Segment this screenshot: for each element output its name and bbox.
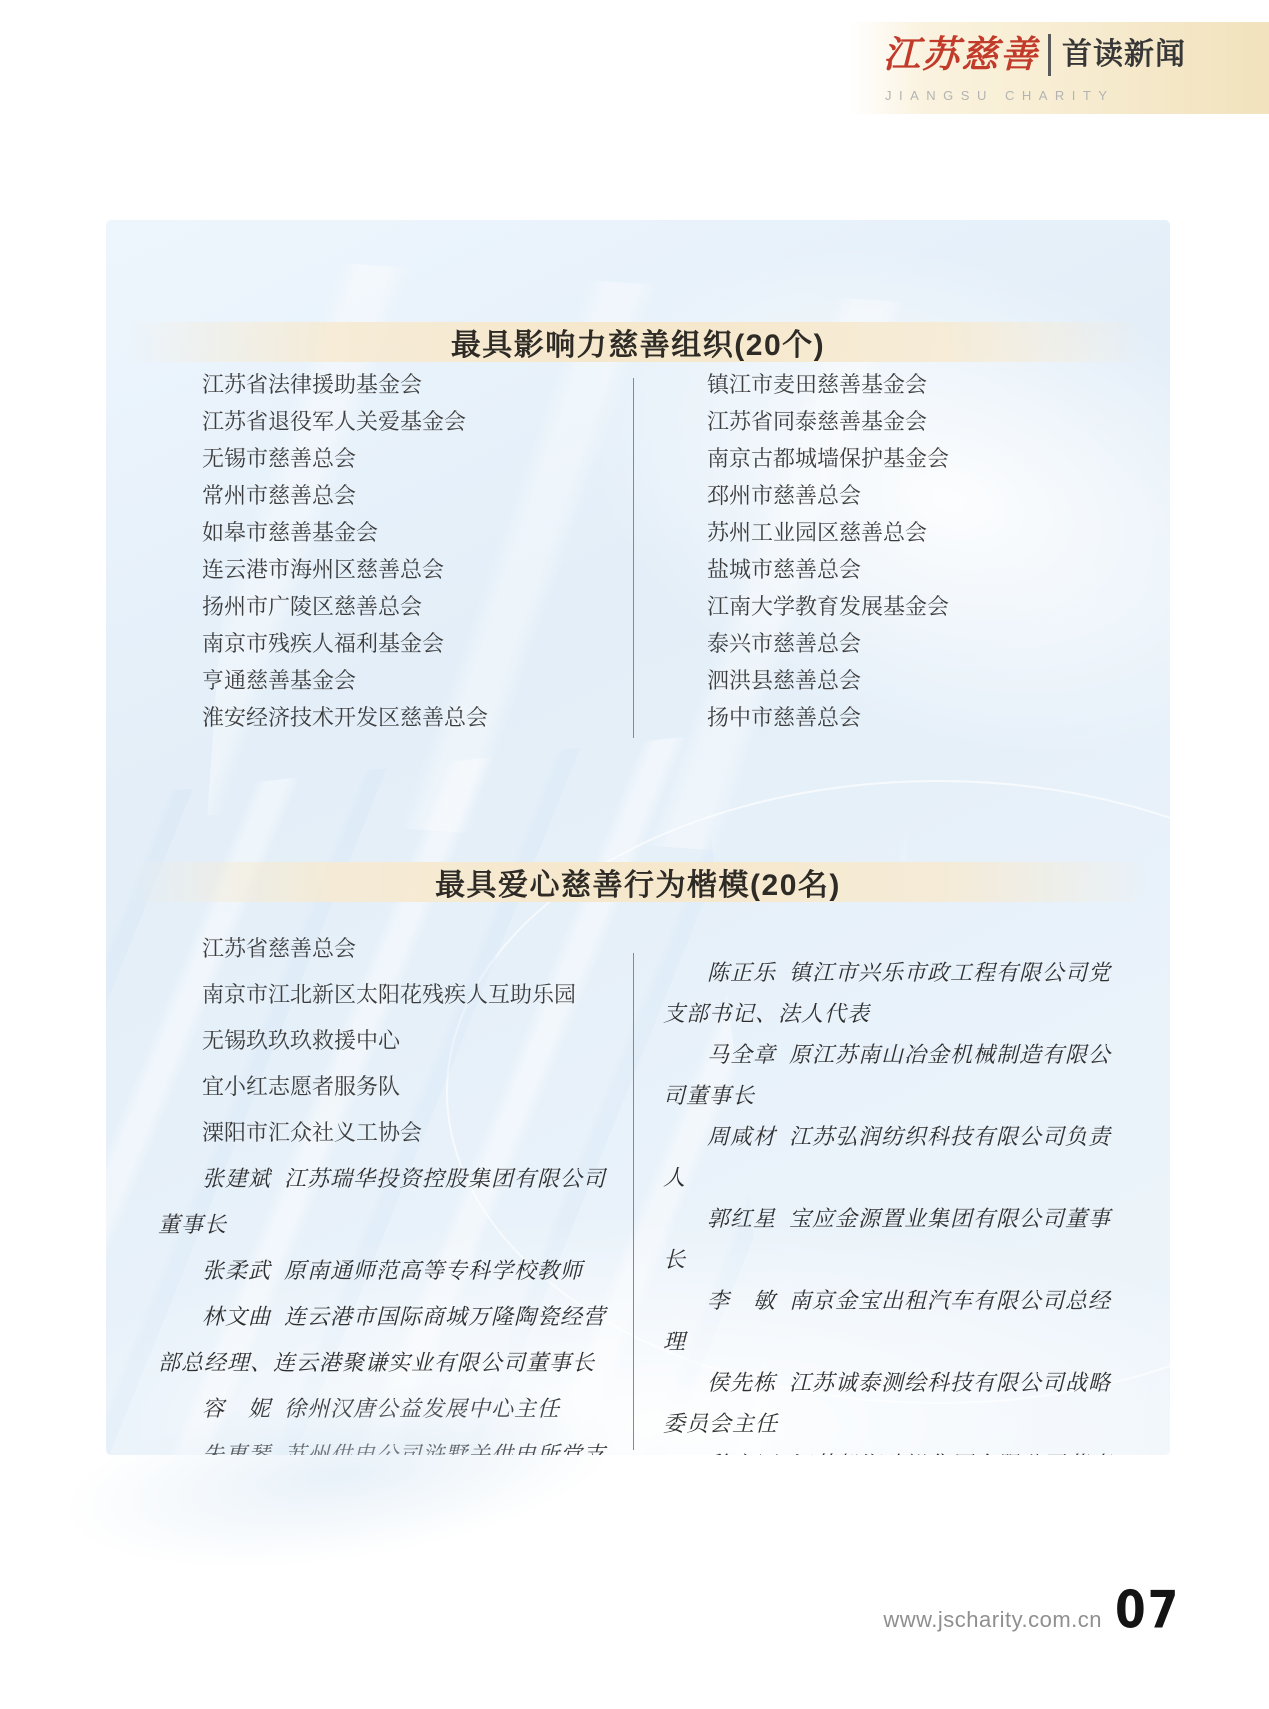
list-item: 镇江市麦田慈善基金会 (663, 366, 1133, 403)
list-item: 周咸材江苏弘润纺织科技有限公司负责人 (663, 1116, 1113, 1198)
section2-title-bar: 最具爱心慈善行为楷模(20名) (126, 862, 1150, 902)
person-name: 容 妮 (202, 1396, 271, 1421)
list-item: 朱惠琴苏州供电公司浒墅关供电所党支部书记 (158, 1432, 613, 1455)
list-item: 溧阳市汇众社义工协会 (158, 1110, 613, 1156)
person-name: 周咸材 (707, 1124, 776, 1149)
column-divider (633, 378, 634, 738)
person-name: 马全章 (707, 1042, 776, 1067)
magazine-page: 江苏慈善 首读新闻 JIANGSU CHARITY 最具影响力慈善组织(20个)… (0, 0, 1269, 1709)
list-item: 南京古都城墙保护基金会 (663, 440, 1133, 477)
brand-divider (1048, 34, 1051, 76)
list-item: 泗洪县慈善总会 (663, 662, 1133, 699)
list-item: 郭红星宝应金源置业集团有限公司董事长 (663, 1198, 1113, 1280)
list-item: 南京市江北新区太阳花残疾人互助乐园 (158, 972, 613, 1018)
list-item: 无锡玖玖玖救援中心 (158, 1018, 613, 1064)
column-divider (633, 953, 634, 1450)
brand-logo-cn: 江苏慈善 (883, 37, 1039, 74)
list-item: 亨通慈善基金会 (158, 662, 628, 699)
person-name: 郭红星 (707, 1206, 776, 1231)
footer-website: www.jscharity.com.cn (883, 1607, 1102, 1633)
page-number: 07 (1115, 1580, 1180, 1640)
list-item: 如皋市慈善基金会 (158, 514, 628, 551)
list-item: 马全章原江苏南山冶金机械制造有限公司董事长 (663, 1034, 1113, 1116)
person-name: 陈正乐 (707, 960, 776, 985)
list-item: 侯先栋江苏诚泰测绘科技有限公司战略委员会主任 (663, 1362, 1113, 1444)
person-name: 林文曲 (202, 1304, 271, 1329)
person-name: 张柔武 (202, 1258, 271, 1283)
list-item: 江南大学教育发展基金会 (663, 588, 1133, 625)
list-item: 江苏省法律援助基金会 (158, 366, 628, 403)
list-item: 邳州市慈善总会 (663, 477, 1133, 514)
brand-row: 江苏慈善 首读新闻 (883, 34, 1186, 76)
person-name: 魏宝军 (707, 1452, 776, 1455)
list-item: 林文曲连云港市国际商城万隆陶瓷经营部总经理、连云港聚谦实业有限公司董事长 (158, 1294, 613, 1386)
channel-label: 首读新闻 (1062, 40, 1186, 70)
list-item: 南京市残疾人福利基金会 (158, 625, 628, 662)
list-item: 淮安经济技术开发区慈善总会 (158, 699, 628, 736)
section1-title: 最具影响力慈善组织(20个) (451, 320, 825, 364)
list-item: 盐城市慈善总会 (663, 551, 1133, 588)
brand-logo-en: JIANGSU CHARITY (885, 88, 1115, 103)
section2-right-column: 陈正乐镇江市兴乐市政工程有限公司党支部书记、法人代表马全章原江苏南山冶金机械制造… (663, 952, 1113, 1455)
person-name: 李 敏 (707, 1288, 776, 1313)
list-item: 扬州市广陵区慈善总会 (158, 588, 628, 625)
person-role: 徐州汉唐公益发展中心主任 (284, 1396, 560, 1421)
list-item: 江苏省慈善总会 (158, 926, 613, 972)
list-item: 魏宝军江苏凯润建设集团有限公司董事长 (663, 1444, 1113, 1455)
section1-right-column: 镇江市麦田慈善基金会江苏省同泰慈善基金会南京古都城墙保护基金会邳州市慈善总会苏州… (663, 366, 1133, 736)
list-item: 江苏省退役军人关爱基金会 (158, 403, 628, 440)
person-role: 原南通师范高等专科学校教师 (284, 1258, 583, 1283)
list-item: 李 敏南京金宝出租汽车有限公司总经理 (663, 1280, 1113, 1362)
list-item: 苏州工业园区慈善总会 (663, 514, 1133, 551)
list-item: 扬中市慈善总会 (663, 699, 1133, 736)
person-name: 张建斌 (202, 1166, 271, 1191)
list-item: 无锡市慈善总会 (158, 440, 628, 477)
section2-left-column: 江苏省慈善总会南京市江北新区太阳花残疾人互助乐园无锡玖玖玖救援中心宜小红志愿者服… (158, 926, 613, 1455)
header-brand-block: 江苏慈善 首读新闻 JIANGSU CHARITY (849, 22, 1269, 114)
content-panel: 最具影响力慈善组织(20个) 江苏省法律援助基金会江苏省退役军人关爱基金会无锡市… (106, 220, 1170, 1455)
list-item: 宜小红志愿者服务队 (158, 1064, 613, 1110)
list-item: 连云港市海州区慈善总会 (158, 551, 628, 588)
list-item: 容 妮徐州汉唐公益发展中心主任 (158, 1386, 613, 1432)
section2-title: 最具爱心慈善行为楷模(20名) (435, 860, 841, 904)
section1-left-column: 江苏省法律援助基金会江苏省退役军人关爱基金会无锡市慈善总会常州市慈善总会如皋市慈… (158, 366, 628, 736)
section1-title-bar: 最具影响力慈善组织(20个) (126, 322, 1150, 362)
list-item: 张建斌江苏瑞华投资控股集团有限公司董事长 (158, 1156, 613, 1248)
list-item: 常州市慈善总会 (158, 477, 628, 514)
list-item: 泰兴市慈善总会 (663, 625, 1133, 662)
list-item: 江苏省同泰慈善基金会 (663, 403, 1133, 440)
list-item: 陈正乐镇江市兴乐市政工程有限公司党支部书记、法人代表 (663, 952, 1113, 1034)
person-name: 侯先栋 (707, 1370, 776, 1395)
list-item: 张柔武原南通师范高等专科学校教师 (158, 1248, 613, 1294)
person-name: 朱惠琴 (202, 1442, 271, 1455)
